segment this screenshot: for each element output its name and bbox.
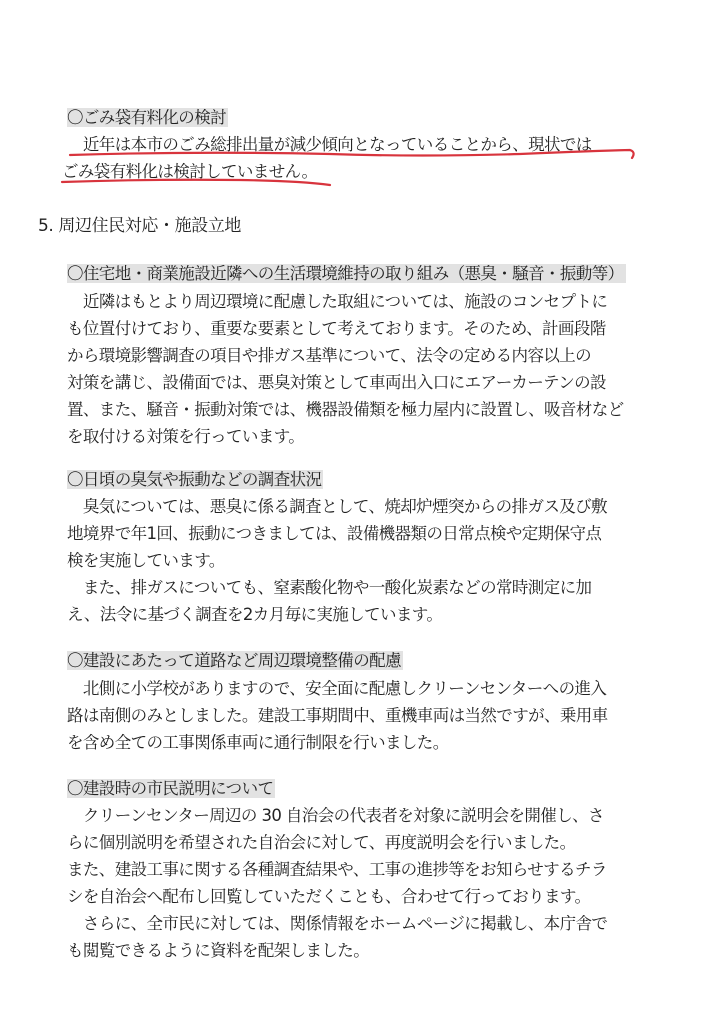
subsection-4-line: クリーンセンター周辺の 30 自治会の代表者を対象に説明会を開催し、さ bbox=[67, 804, 604, 828]
subsection-3-line: 北側に小学校がありますので、安全面に配慮しクリーンセンターへの進入 bbox=[67, 677, 606, 701]
subsection-2-line: 検を実施しています。 bbox=[67, 549, 225, 573]
subsection-1-line: も位置付けており、重要な要素として考えております。そのため、計画段階 bbox=[67, 317, 606, 341]
heading-highlight: 〇住宅地・商業施設近隣への生活環境維持の取り組み（悪臭・騒音・振動等） bbox=[67, 264, 626, 283]
subsection-4-line: また、建設工事に関する各種調査結果や、工事の進捗等をお知らせするチラ bbox=[67, 858, 607, 882]
subsection-2-line: 臭気については、悪臭に係る調査として、焼却炉煙突からの排ガス及び敷 bbox=[67, 495, 607, 519]
subsection-3-heading: 〇建設にあたって道路など周辺環境整備の配慮 bbox=[67, 649, 403, 673]
heading-highlight: 〇建設時の市民説明について bbox=[67, 779, 275, 798]
block1-line-2: ごみ袋有料化は検討していません。 bbox=[62, 160, 317, 184]
subsection-1-line: 対策を講じ、設備面では、悪臭対策として車両出入口にエアーカーテンの設 bbox=[67, 371, 606, 395]
subsection-4-heading: 〇建設時の市民説明について bbox=[67, 777, 275, 801]
subsection-4-line: シを自治会へ配布し回覧していただくことも、合わせて行っております。 bbox=[67, 885, 590, 909]
block1-heading: 〇ごみ袋有料化の検討 bbox=[67, 106, 228, 130]
subsection-2-line: え、法令に基づく調査を2カ月毎に実施しています。 bbox=[67, 603, 442, 627]
subsection-4-line: も閲覧できるように資料を配架しました。 bbox=[67, 939, 369, 963]
subsection-4-line: らに個別説明を希望された自治会に対して、再度説明会を行いました。 bbox=[67, 831, 575, 855]
subsection-1-line: を取付ける対策を行っています。 bbox=[67, 425, 304, 449]
subsection-3-line: 路は南側のみとしました。建設工事期間中、重機車両は当然ですが、乗用車 bbox=[67, 704, 608, 728]
subsection-1-heading: 〇住宅地・商業施設近隣への生活環境維持の取り組み（悪臭・騒音・振動等） bbox=[67, 262, 626, 286]
section-title: 5. 周辺住民対応・施設立地 bbox=[38, 214, 241, 238]
subsection-1-line: から環境影響調査の項目や排ガス基準について、法令の定める内容以上の bbox=[67, 344, 591, 368]
heading-highlight: 〇建設にあたって道路など周辺環境整備の配慮 bbox=[67, 651, 403, 670]
heading-highlight: 〇ごみ袋有料化の検討 bbox=[67, 108, 228, 127]
subsection-2-line: また、排ガスについても、窒素酸化物や一酸化炭素などの常時測定に加 bbox=[67, 576, 591, 600]
subsection-2-line: 地境界で年1回、振動につきましては、設備機器類の日常点検や定期保守点 bbox=[67, 522, 601, 546]
heading-highlight: 〇日頃の臭気や振動などの調査状況 bbox=[67, 470, 323, 489]
document-page: 〇ごみ袋有料化の検討 近年は本市のごみ総排出量が減少傾向となっていることから、現… bbox=[0, 0, 722, 1024]
subsection-1-line: 近隣はもとより周辺環境に配慮した取組については、施設のコンセプトに bbox=[67, 290, 607, 314]
subsection-1-line: 置、また、騒音・振動対策では、機器設備類を極力屋内に設置し、吸音材など bbox=[67, 398, 624, 422]
block1-line-1: 近年は本市のごみ総排出量が減少傾向となっていることから、現状では bbox=[67, 133, 592, 157]
subsection-2-heading: 〇日頃の臭気や振動などの調査状況 bbox=[67, 468, 323, 492]
subsection-3-line: を含め全ての工事関係車両に通行制限を行いました。 bbox=[67, 731, 449, 755]
subsection-4-line: さらに、全市民に対しては、関係情報をホームページに掲載し、本庁舎で bbox=[67, 912, 607, 936]
